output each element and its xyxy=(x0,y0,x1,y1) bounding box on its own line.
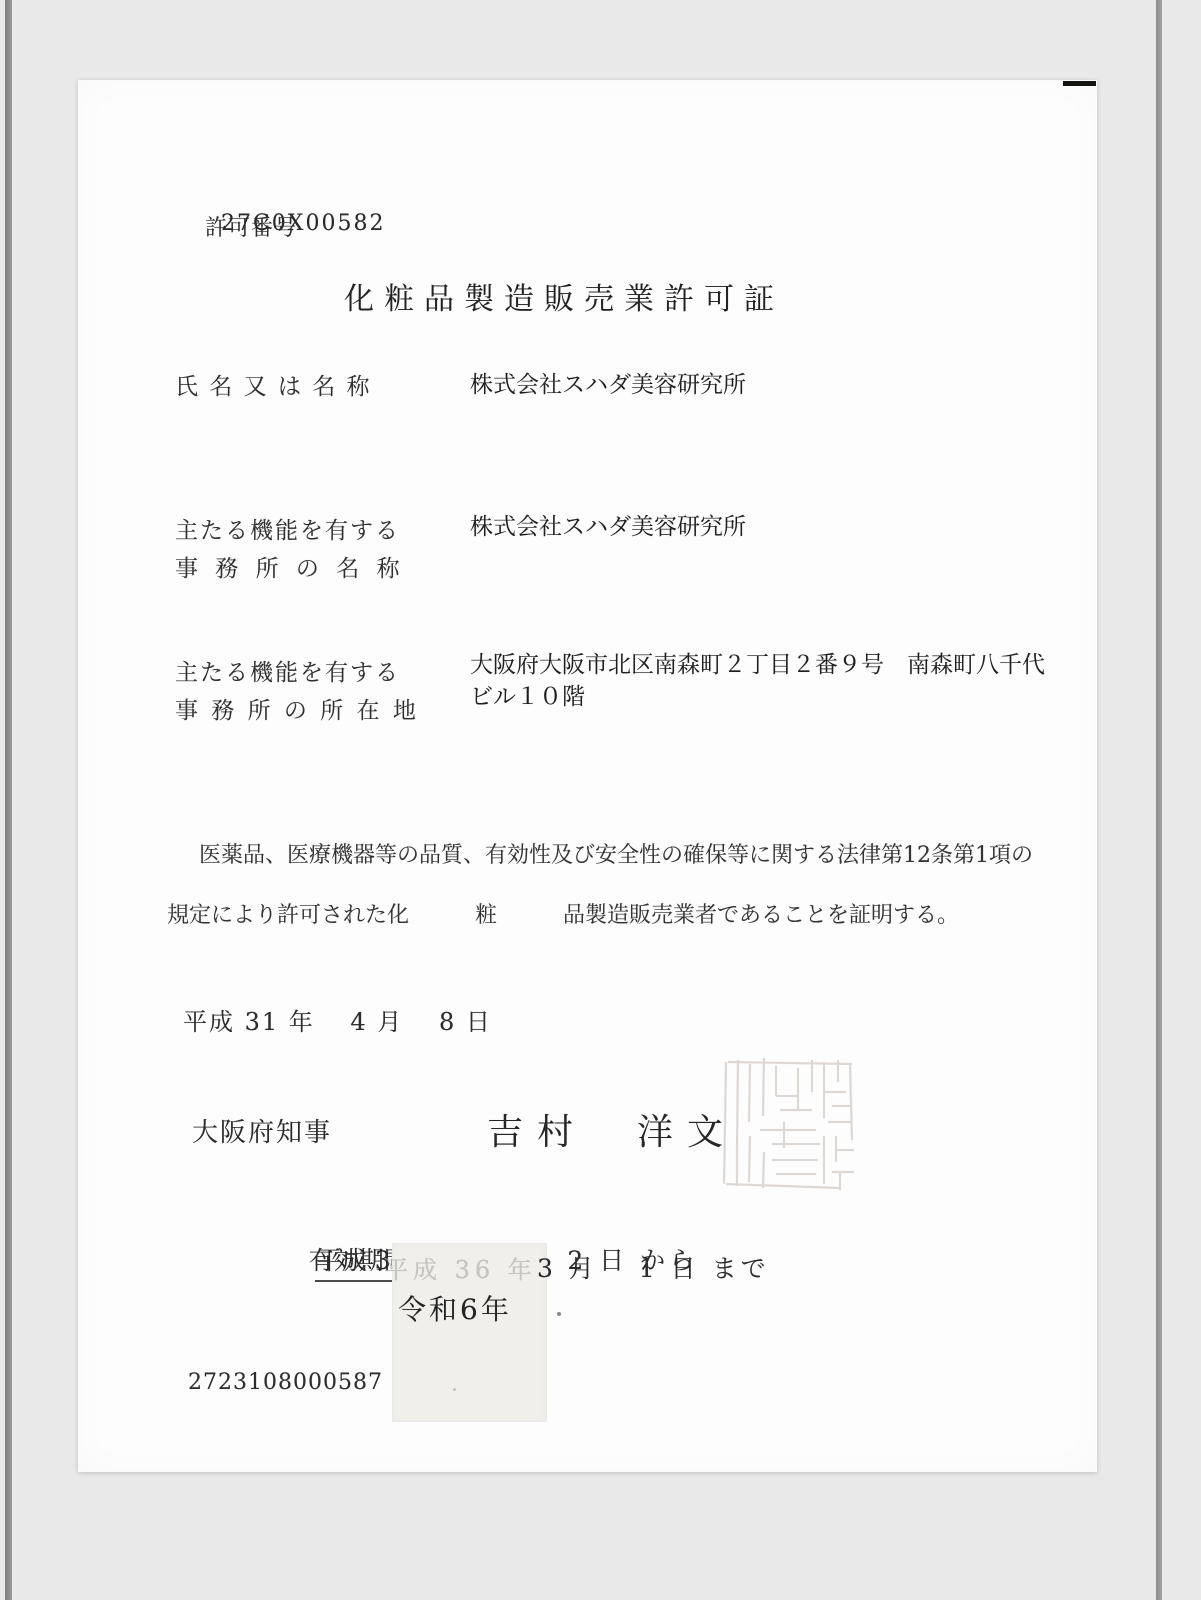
scan-speck xyxy=(557,1312,561,1316)
field-office-address-label-line1: 主たる機能を有する xyxy=(175,654,400,687)
permit-number-label: 許可番号 xyxy=(205,211,297,242)
governor-seal-stamp-icon xyxy=(720,1052,858,1192)
field-name-label: 氏 名 又 は 名 称 xyxy=(175,368,372,401)
control-number: 2723108000587 xyxy=(188,1370,383,1395)
field-office-name-label-line1: 主たる機能を有する xyxy=(175,512,400,545)
validity-old-era-covered: 平成 36 年 xyxy=(384,1250,537,1285)
field-office-address-label-line2: 事 務 所 の 所 在 地 xyxy=(175,692,419,725)
scanner-edge-right xyxy=(1156,0,1162,1600)
legal-text-line2: 規定により許可された化 粧 品製造販売業者であることを証明する。 xyxy=(167,898,959,929)
field-office-address-value-line2: ビル１０階 xyxy=(470,678,585,711)
issue-date: 平成 31 年 4 月 8 日 xyxy=(183,1002,492,1037)
validity-to-date: 3 月 1 日 まで xyxy=(537,1249,770,1285)
scanned-certificate-screenshot: { "colors": { "page_background": "#fdfdf… xyxy=(0,0,1201,1600)
certificate-page: 許可番号27C0X00582 化粧品製造販売業許可証 氏 名 又 は 名 称 株… xyxy=(78,80,1097,1472)
issuer-title: 大阪府知事 xyxy=(192,1112,332,1149)
field-office-name-value: 株式会社スハダ美容研究所 xyxy=(470,508,746,541)
issuer-name: 吉村 洋文 xyxy=(487,1104,737,1155)
legal-text-line1: 医薬品、医療機器等の品質、有効性及び安全性の確保等に関する法律第12条第1項の xyxy=(199,838,1033,869)
validity-corrected-era: 令和6年 xyxy=(398,1288,512,1328)
field-office-address-value-line1: 大阪府大阪市北区南森町２丁目２番９号 南森町八千代 xyxy=(470,646,1045,679)
scanner-edge-left xyxy=(5,0,12,1600)
permit-number-line: 許可番号27C0X00582 xyxy=(173,186,385,261)
field-office-name-label-line2: 事 務 所 の 名 称 xyxy=(175,550,405,583)
scan-artifact-dash xyxy=(1063,81,1096,86)
scan-speck xyxy=(453,1388,456,1391)
field-name-value: 株式会社スハダ美容研究所 xyxy=(470,366,746,399)
certificate-title: 化粧品製造販売業許可証 xyxy=(344,274,784,318)
